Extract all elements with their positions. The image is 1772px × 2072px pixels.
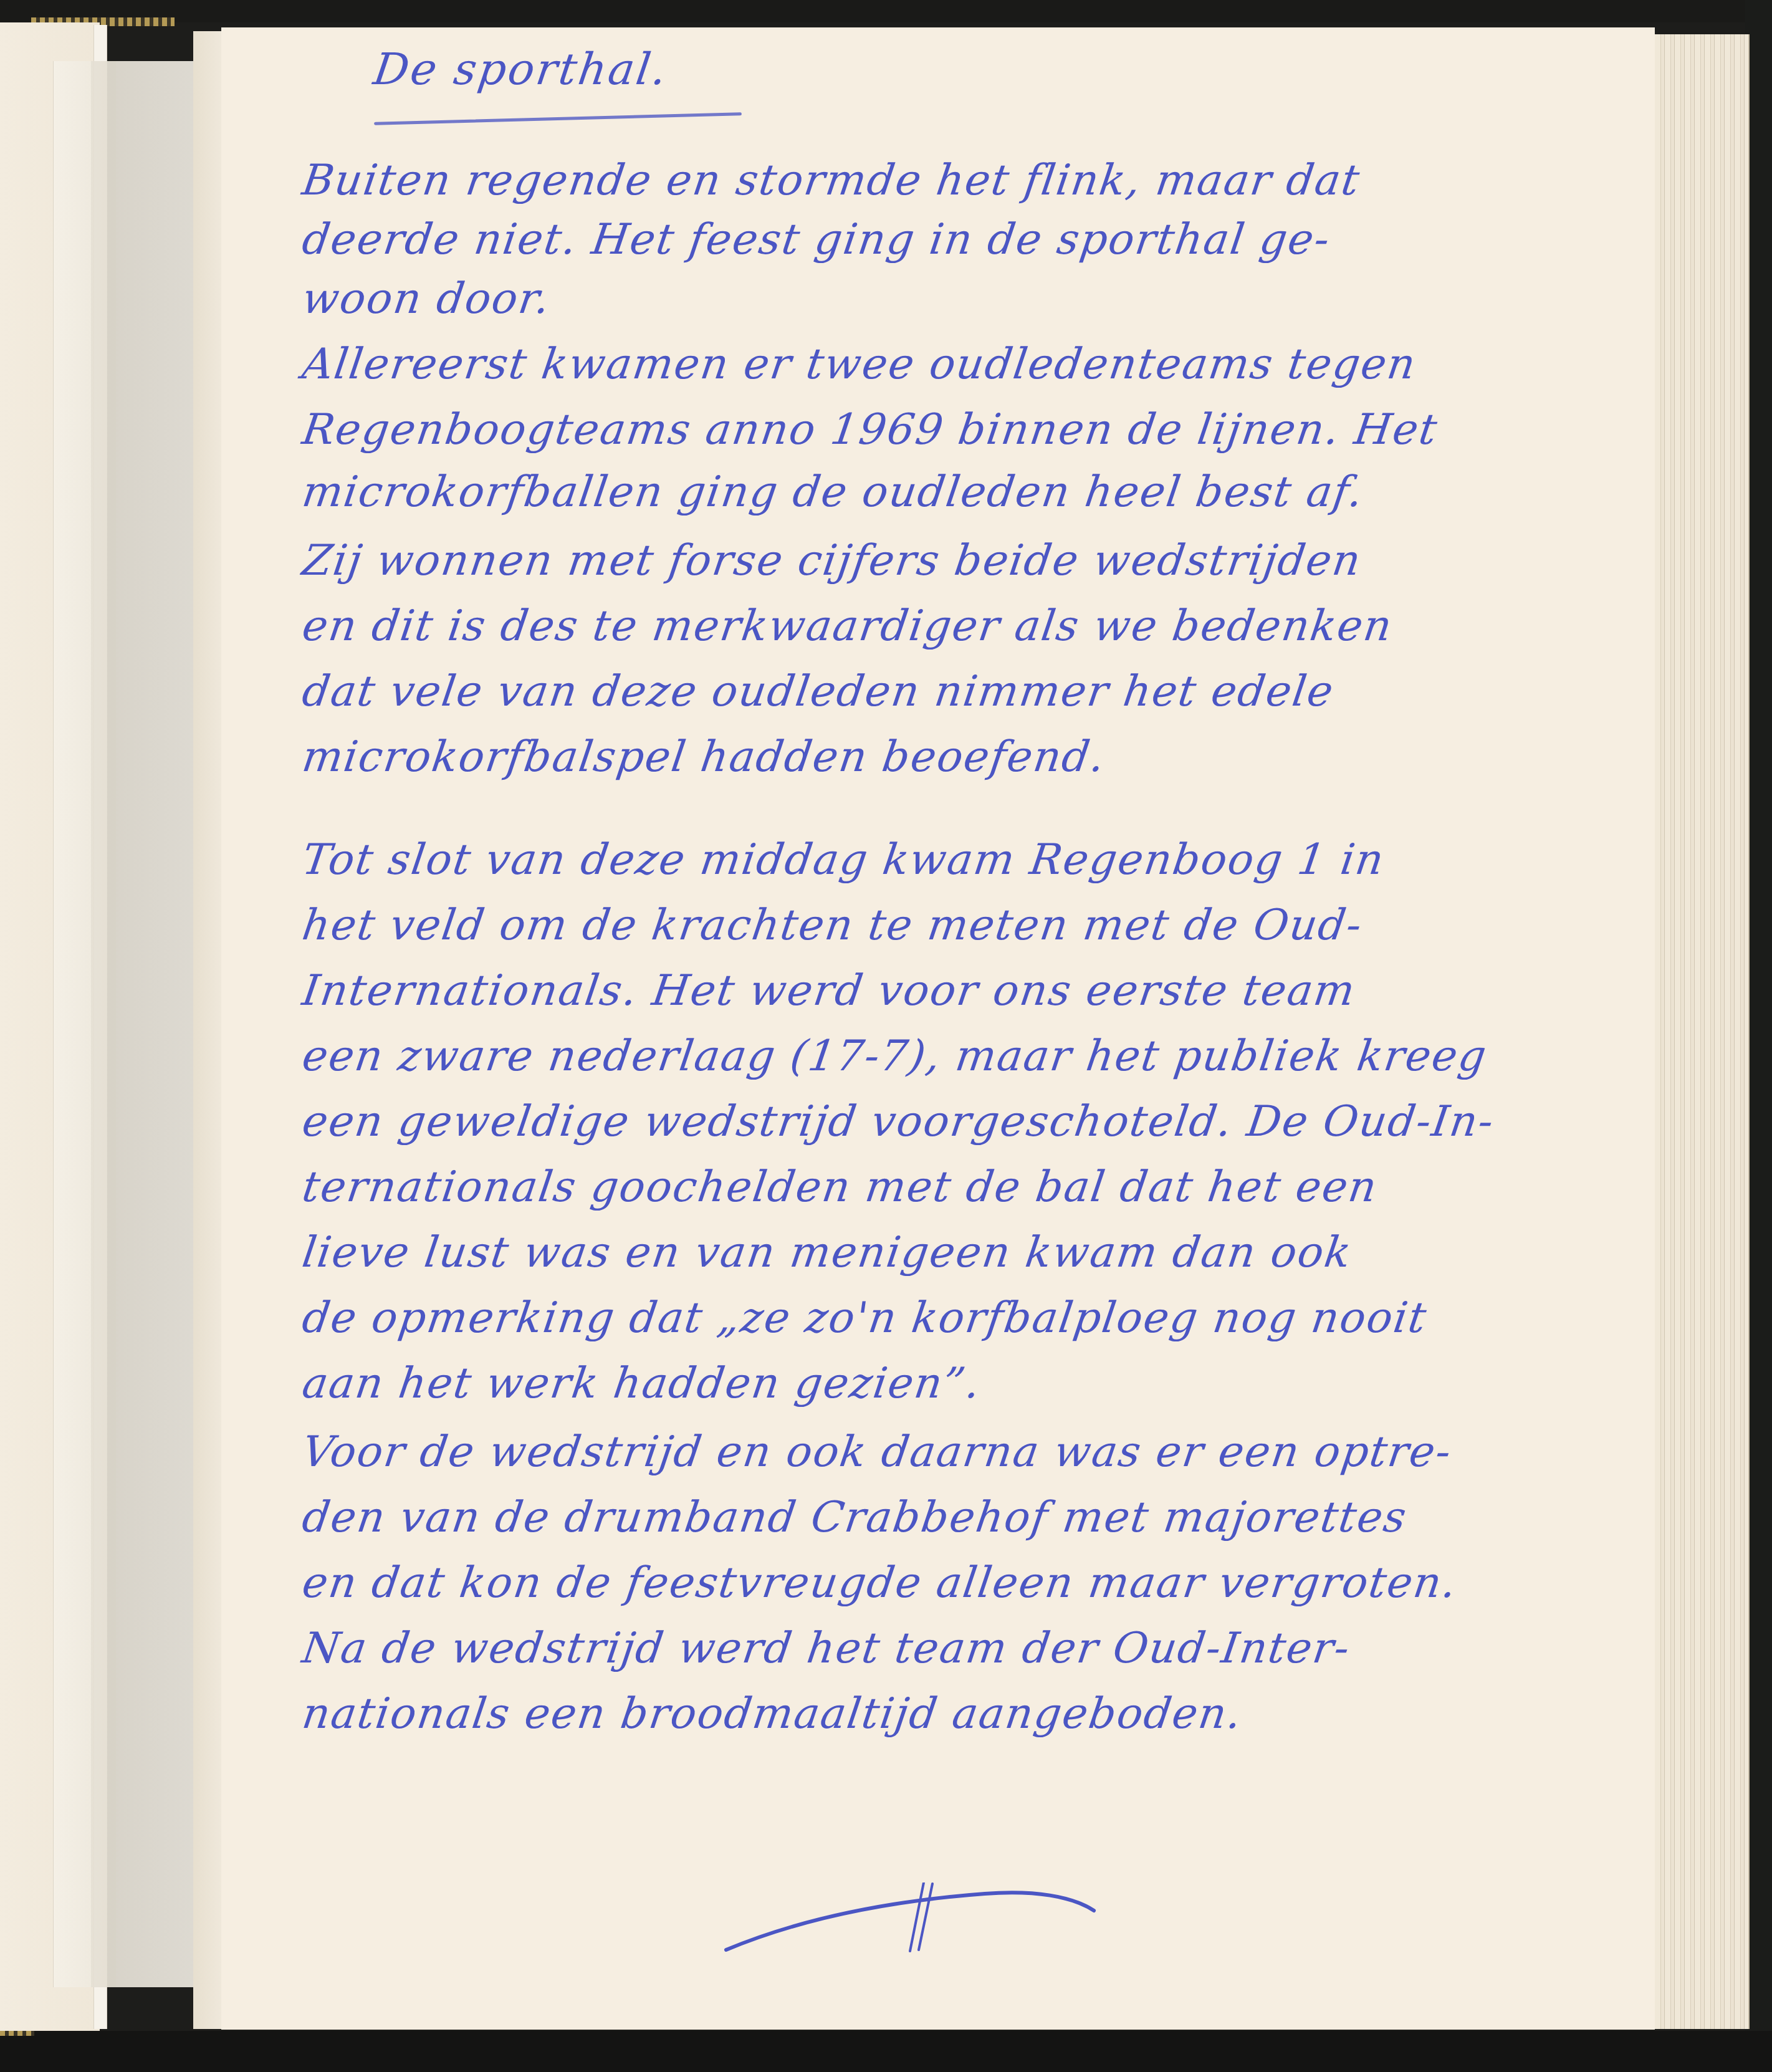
- text-line: en dat kon de feestvreugde alleen maar v…: [299, 1558, 1460, 1608]
- text-line: een zware nederlaag (17-7), maar het pub…: [299, 1032, 1490, 1081]
- text-line: Regenboogteams anno 1969 binnen de lijne…: [299, 405, 1441, 454]
- text-line: lieve lust was en van menigeen kwam dan …: [299, 1228, 1355, 1277]
- text-line: Na de wedstrijd werd het team der Oud-In…: [299, 1624, 1354, 1673]
- page-stack-edges: [1655, 34, 1750, 2029]
- text-line: nationals een broodmaaltijd aangeboden.: [299, 1689, 1245, 1739]
- closing-flourish-icon: [723, 1883, 1097, 1957]
- text-line: Allereerst kwamen er twee oudledenteams …: [299, 340, 1419, 389]
- text-line: het veld om de krachten te meten met de …: [299, 901, 1366, 950]
- text-line: een geweldige wedstrijd voorgeschoteld. …: [299, 1097, 1498, 1146]
- text-line: Voor de wedstrijd en ook daarna was er e…: [299, 1427, 1455, 1477]
- text-line: aan het werk hadden gezien”.: [299, 1359, 984, 1408]
- text-line: Zij wonnen met forse cijfers beide wedst…: [299, 536, 1365, 585]
- page-title: De sporthal.: [370, 44, 671, 95]
- text-line: Tot slot van deze middag kwam Regenboog …: [299, 835, 1387, 885]
- text-line: woon door.: [299, 274, 554, 324]
- text-line: en dit is des te merkwaardiger als we be…: [299, 602, 1396, 651]
- tissue-interleaf: [53, 61, 194, 1987]
- text-line: microkorfbalspel hadden beoefend.: [299, 732, 1109, 782]
- text-line: ternationals goochelden met de bal dat h…: [299, 1163, 1381, 1212]
- text-line: deerde niet. Het feest ging in de sporth…: [299, 215, 1334, 264]
- text-line: den van de drumband Crabbehof met majore…: [299, 1493, 1410, 1542]
- page-gutter: [193, 31, 224, 2029]
- text-line: microkorfballen ging de oudleden heel be…: [299, 468, 1367, 517]
- text-line: de opmerking dat „ze zo'n korfbalploeg n…: [299, 1293, 1430, 1343]
- book-cover-top: [0, 0, 1772, 22]
- text-line: Internationals. Het werd voor ons eerste…: [299, 966, 1359, 1015]
- text-line: dat vele van deze oudleden nimmer het ed…: [299, 667, 1337, 716]
- book-cover-bottom: [0, 2031, 1772, 2072]
- text-line: Buiten regende en stormde het flink, maa…: [299, 156, 1363, 205]
